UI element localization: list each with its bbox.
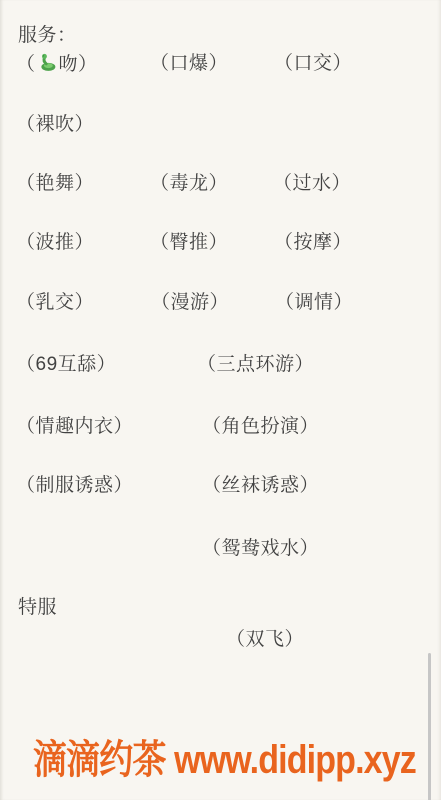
service-item-tiaoqing: （调情） [275, 291, 353, 315]
page: 服务： （ 吻） （口爆） （口交） （裸吹） （艳舞） （毒龙） （过水） （… [0, 0, 441, 800]
service-item-yanwu: （艳舞） [16, 172, 94, 196]
snake-emoji-icon [37, 52, 58, 73]
service-item-siwa-youhuo: （丝袜诱惑） [202, 474, 319, 498]
service-item-juese-banyan: （角色扮演） [202, 415, 319, 439]
service-item-anmo: （按摩） [274, 231, 352, 255]
service-item-luochui: （裸吹） [16, 113, 94, 137]
watermark-brand: 滴滴约茶 [33, 738, 166, 782]
service-item-zhifu-youhuo: （制服诱惑） [16, 474, 133, 498]
service-item-guoshui: （过水） [273, 172, 351, 196]
service-item-snake-kiss: （ 吻） [16, 52, 98, 77]
service-item-sandian-huanyou: （三点环游） [197, 353, 314, 377]
watermark-url: www.didipp.xyz [174, 738, 416, 782]
service-item-manyou: （漫游） [151, 291, 229, 315]
service-item-69-hutian: （69互舔） [16, 353, 116, 377]
service-item-botui: （波推） [16, 231, 94, 255]
service-item-dulong: （毒龙） [150, 172, 228, 196]
service-item-rujiao: （乳交） [16, 291, 94, 315]
open-paren: （ [16, 54, 36, 75]
service-item-koujiao: （口交） [274, 52, 352, 76]
watermark: 滴滴约茶www.didipp.xyz [33, 737, 416, 783]
service-item-yuanyang-xishui: （鸳鸯戏水） [202, 537, 319, 561]
services-section-title: 服务： [18, 24, 77, 48]
service-item-qingqu-neiyi: （情趣内衣） [16, 415, 133, 439]
scrollbar-thumb[interactable] [428, 653, 431, 800]
service-item-koubao: （口爆） [150, 52, 228, 76]
service-item-shuangfei: （双飞） [226, 628, 304, 652]
special-section-title: 特服 [18, 596, 57, 620]
service-item-tuntui: （臀推） [150, 231, 228, 255]
service-item-label: 吻） [59, 54, 98, 75]
